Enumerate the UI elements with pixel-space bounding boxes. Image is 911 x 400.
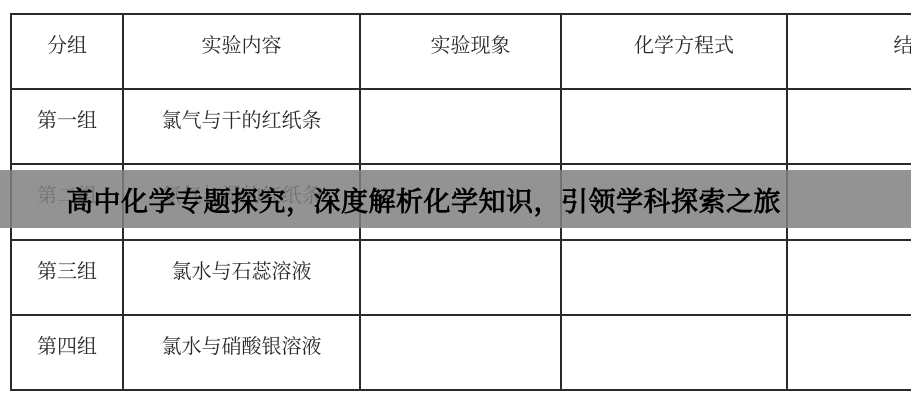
cell-conclusion: [787, 240, 911, 315]
header-equation: 化学方程式: [561, 14, 787, 89]
table-row: 第三组 氯水与石蕊溶液: [11, 240, 911, 315]
header-conclusion: 结论: [787, 14, 911, 89]
cell-conclusion: [787, 315, 911, 390]
cell-equation: [561, 315, 787, 390]
header-content: 实验内容: [123, 14, 360, 89]
cell-equation: [561, 89, 787, 164]
cell-group: 第四组: [11, 315, 123, 390]
cell-phenomenon: [360, 240, 561, 315]
cell-content: 氯水与石蕊溶液: [123, 240, 360, 315]
header-phenomenon: 实验现象: [360, 14, 561, 89]
table-row: 第一组 氯气与干的红纸条: [11, 89, 911, 164]
cell-content: 氯气与干的红纸条: [123, 89, 360, 164]
header-group: 分组: [11, 14, 123, 89]
cell-content: 氯水与硝酸银溶液: [123, 315, 360, 390]
cell-group: 第三组: [11, 240, 123, 315]
banner-title: 高中化学专题探究，深度解析化学知识，引领学科探索之旅: [66, 180, 781, 219]
cell-conclusion: [787, 89, 911, 164]
cell-phenomenon: [360, 89, 561, 164]
cell-group: 第一组: [11, 89, 123, 164]
title-banner: 高中化学专题探究，深度解析化学知识，引领学科探索之旅: [0, 170, 911, 228]
cell-phenomenon: [360, 315, 561, 390]
table-row: 第四组 氯水与硝酸银溶液: [11, 315, 911, 390]
table-header-row: 分组 实验内容 实验现象 化学方程式 结论: [11, 14, 911, 89]
cell-equation: [561, 240, 787, 315]
